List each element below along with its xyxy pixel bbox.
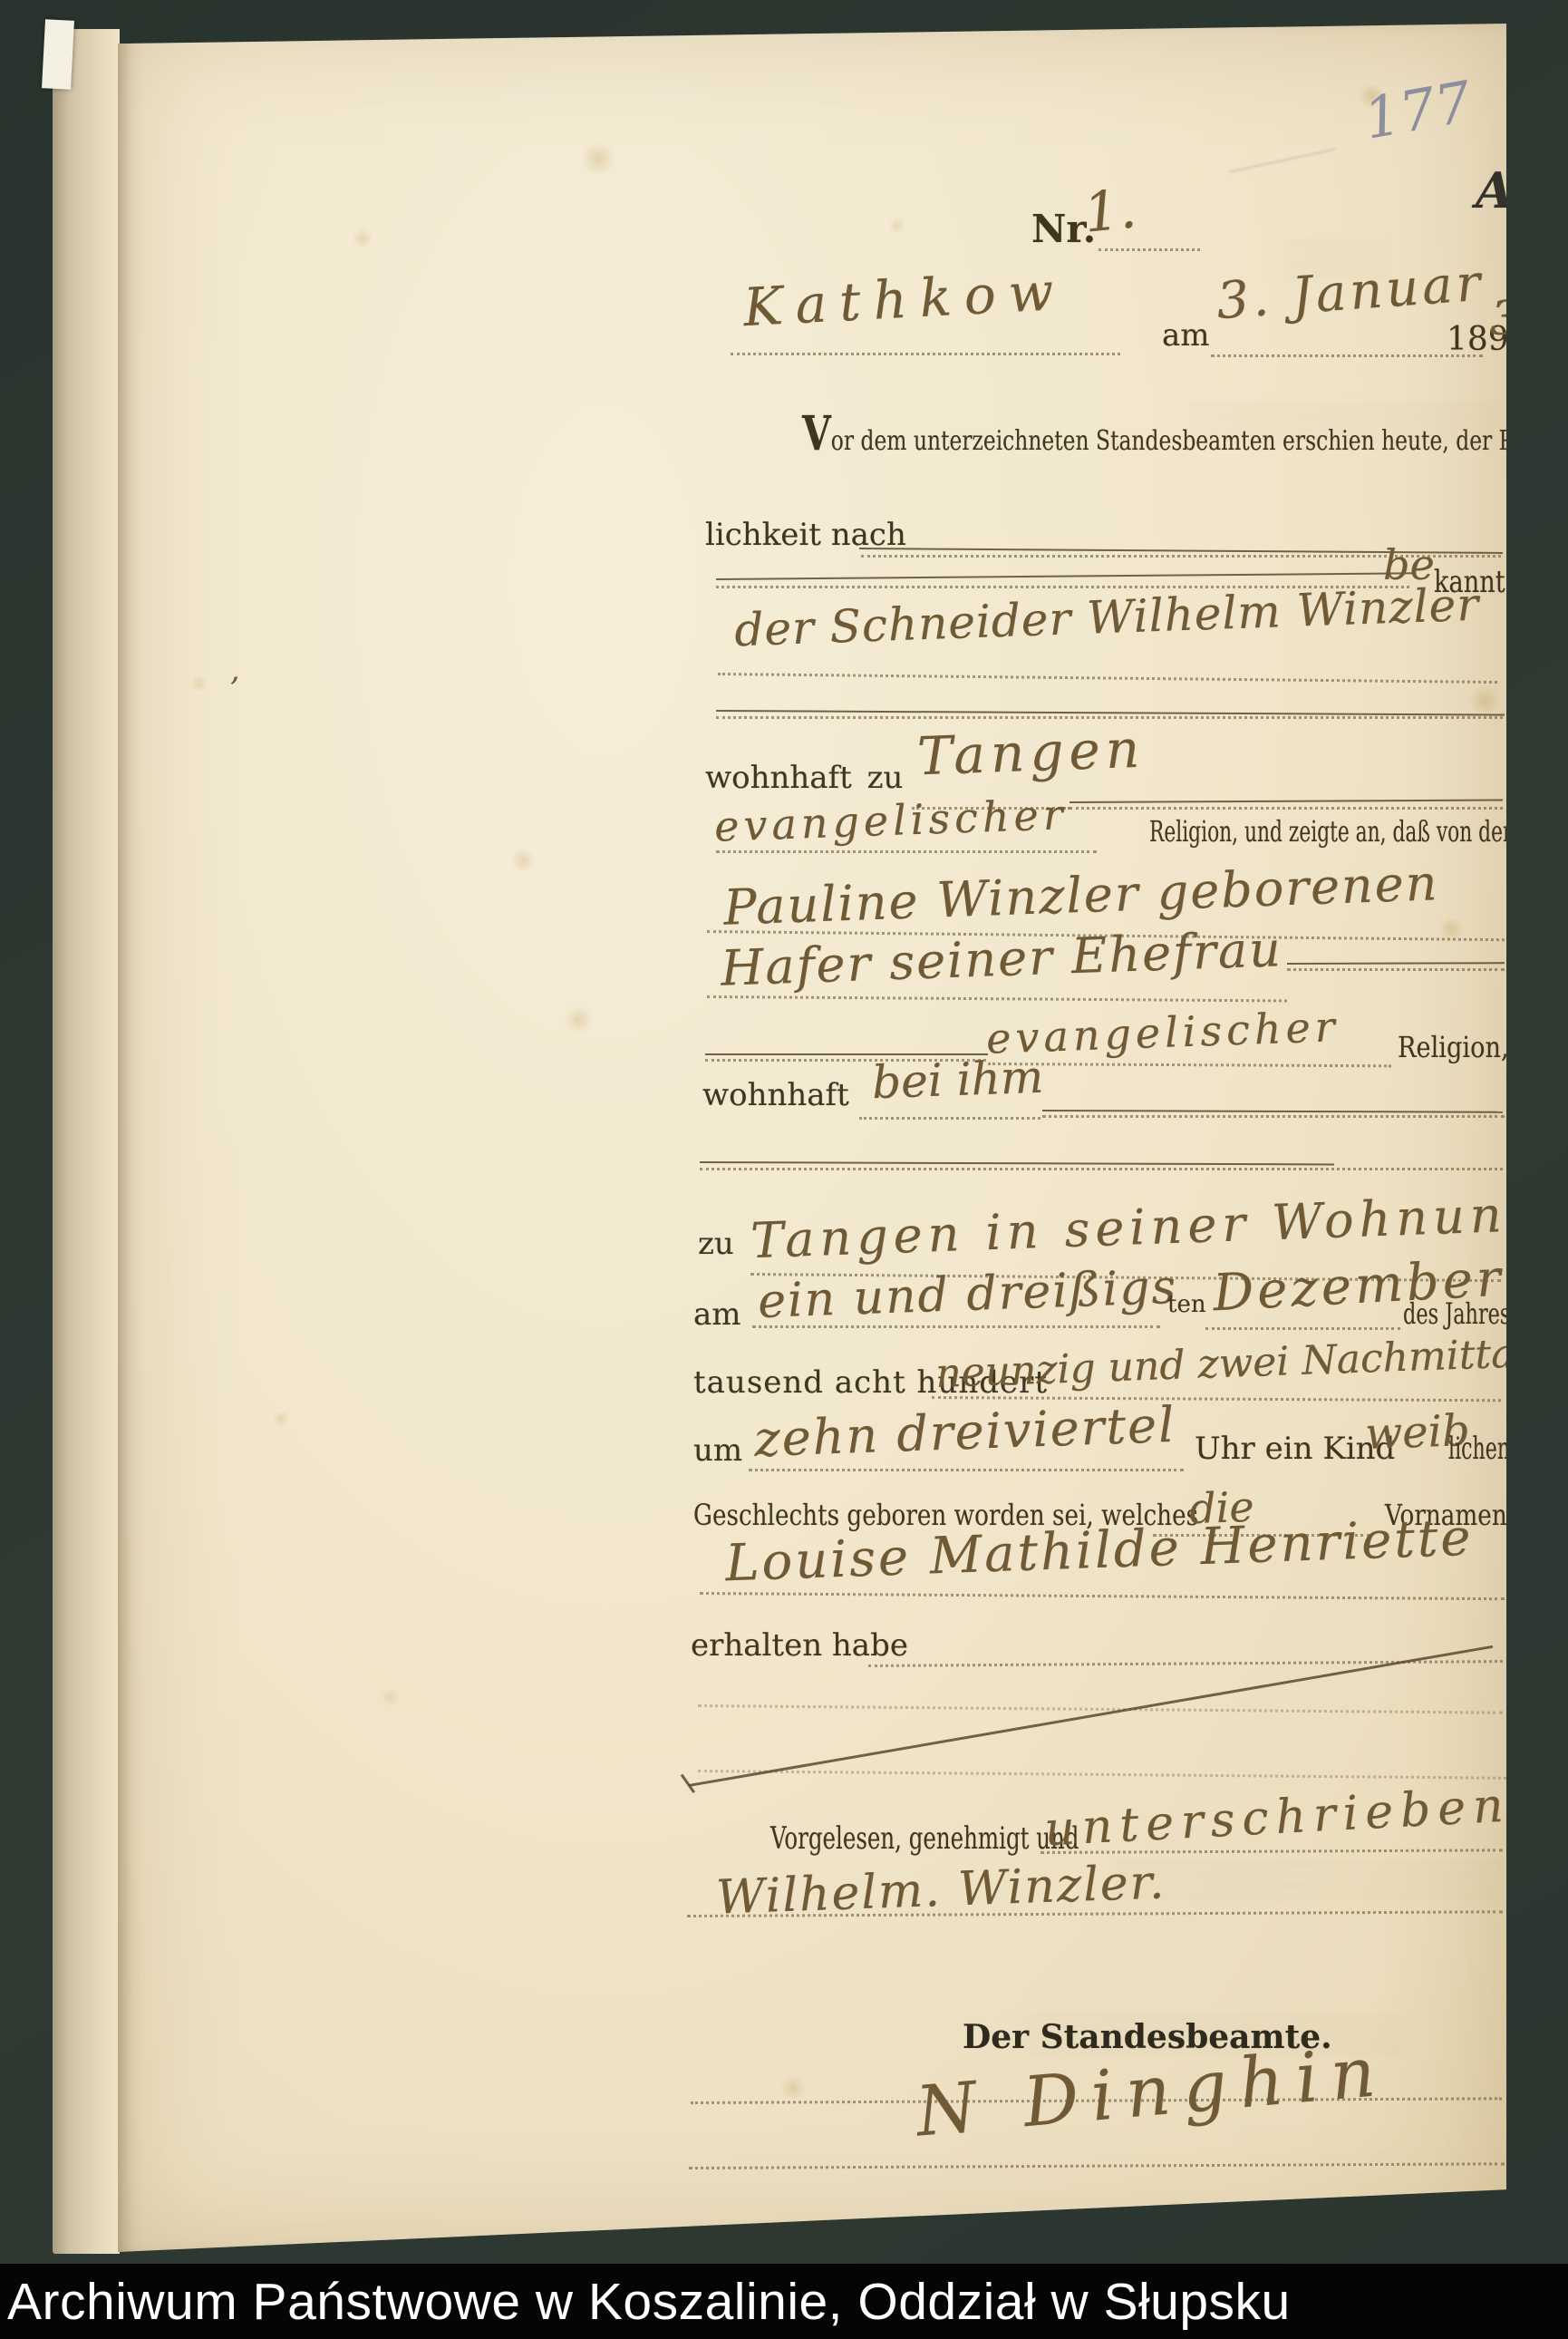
residence-label: wohnhaft zu: [705, 760, 903, 796]
religion-1-printed: Religion, und zeigte an, daß von der: [1149, 814, 1506, 849]
dotted-rule: [1042, 1115, 1505, 1118]
birthplace-label: zu: [698, 1226, 734, 1262]
dotted-rule: [700, 1592, 1505, 1600]
dotted-rule: [731, 353, 1120, 355]
stain: [272, 1411, 290, 1427]
birthday-ten-label: ten: [1167, 1291, 1206, 1318]
section-letter: A: [1476, 161, 1506, 219]
stain: [1468, 686, 1501, 715]
declarant-name: der Schneider Wilhelm Winzler: [733, 578, 1480, 657]
religion-1: evangelischer: [713, 790, 1068, 851]
register-page: 177 A Nr. 1. Kathkow am 3. Januar 189 3 …: [118, 24, 1506, 2252]
dotted-rule: [859, 1117, 1040, 1120]
dotted-rule: [1070, 807, 1503, 810]
dotted-rule: [698, 1770, 1506, 1780]
registration-date: 3. Januar: [1215, 254, 1486, 331]
year-line-handwritten: neunzig und zwei Nachmittags: [934, 1329, 1506, 1397]
dotted-rule: [749, 1469, 1184, 1471]
dotted-rule: [1205, 1327, 1400, 1330]
cancellation-stroke: [689, 1645, 1493, 1787]
book-page-stack-edge: [53, 29, 120, 2254]
stain: [510, 849, 536, 872]
stain: [564, 1006, 593, 1034]
mother-name-line-1: Pauline Winzler geborenen: [722, 854, 1439, 937]
stain: [352, 228, 373, 248]
dotted-rule: [707, 995, 1287, 1002]
birthday-year-label: des Jahres: [1403, 1296, 1506, 1331]
closing-printed-text: Vorgelesen, genehmigt und: [770, 1820, 1079, 1857]
am-label: am: [1162, 317, 1210, 354]
dotted-rule: [689, 2162, 1505, 2169]
dotted-rule: [1211, 354, 1483, 357]
residence-2-value: bei ihm: [871, 1051, 1044, 1110]
residence-value: Tangen: [916, 718, 1146, 788]
stray-pen-tick: ’: [229, 671, 239, 707]
pen-stroke: [1070, 799, 1503, 803]
birthday-am-label: am: [693, 1296, 741, 1333]
residence-2-label: wohnhaft: [702, 1077, 849, 1113]
dotted-rule: [700, 1168, 1503, 1170]
birthday-year-label-text: des Jahres: [1403, 1296, 1506, 1331]
archive-footer-bar: Archiwum Państwowe w Koszalinie, Oddział…: [0, 2264, 1568, 2339]
registration-place: Kathkow: [741, 260, 1067, 339]
stain: [888, 218, 906, 234]
pen-stroke: [1287, 962, 1505, 965]
pen-stroke: [700, 1161, 1334, 1165]
intro-line-1: Vor dem unterzeichneten Standesbeamten e…: [802, 406, 1506, 461]
received-label: erhalten habe: [691, 1627, 908, 1664]
folio-number-pencil: 177: [1360, 68, 1476, 151]
archive-name: Archiwum Państwowe w Koszalinie, Oddział…: [0, 2272, 1291, 2332]
dotted-rule: [718, 673, 1497, 684]
year-digit: 3: [1490, 292, 1506, 346]
stain: [779, 2076, 807, 2100]
time-um-label: um: [693, 1432, 742, 1469]
religion-2-printed-text: Religion,: [1398, 1030, 1506, 1064]
sex-printed-text: lichen: [1448, 1431, 1506, 1467]
religion-2-printed: Religion,: [1398, 1030, 1506, 1064]
sex-printed: lichen: [1448, 1431, 1506, 1467]
record-number-value: 1.: [1080, 177, 1138, 246]
birthday-day: ein und dreißigs: [757, 1260, 1178, 1329]
pen-stroke: [1042, 1110, 1503, 1113]
pencil-smudge: [1229, 149, 1336, 173]
intro-line-1-text: Vor dem unterzeichneten Standesbeamten e…: [802, 406, 1506, 461]
closing-handwritten: unterschrieben: [1043, 1779, 1506, 1858]
dotted-rule: [1099, 248, 1200, 251]
dotted-rule: [988, 1063, 1391, 1067]
religion-1-printed-text: Religion, und zeigte an, daß von der: [1149, 814, 1506, 849]
time-value: zehn dreiviertel: [753, 1396, 1176, 1468]
bleedthrough-smudge: [1115, 1862, 1505, 1898]
dotted-rule: [752, 1325, 1160, 1328]
pen-stroke: [716, 572, 1414, 580]
stain: [381, 1688, 401, 1706]
dotted-rule: [716, 850, 1097, 853]
stain: [580, 143, 616, 174]
stain: [1160, 2201, 1191, 2227]
stain: [190, 675, 208, 692]
page-corner-tab: [42, 19, 74, 90]
pen-stroke: [716, 710, 1505, 716]
archival-scan: 177 A Nr. 1. Kathkow am 3. Januar 189 3 …: [0, 0, 1568, 2339]
dotted-rule: [1287, 968, 1505, 971]
